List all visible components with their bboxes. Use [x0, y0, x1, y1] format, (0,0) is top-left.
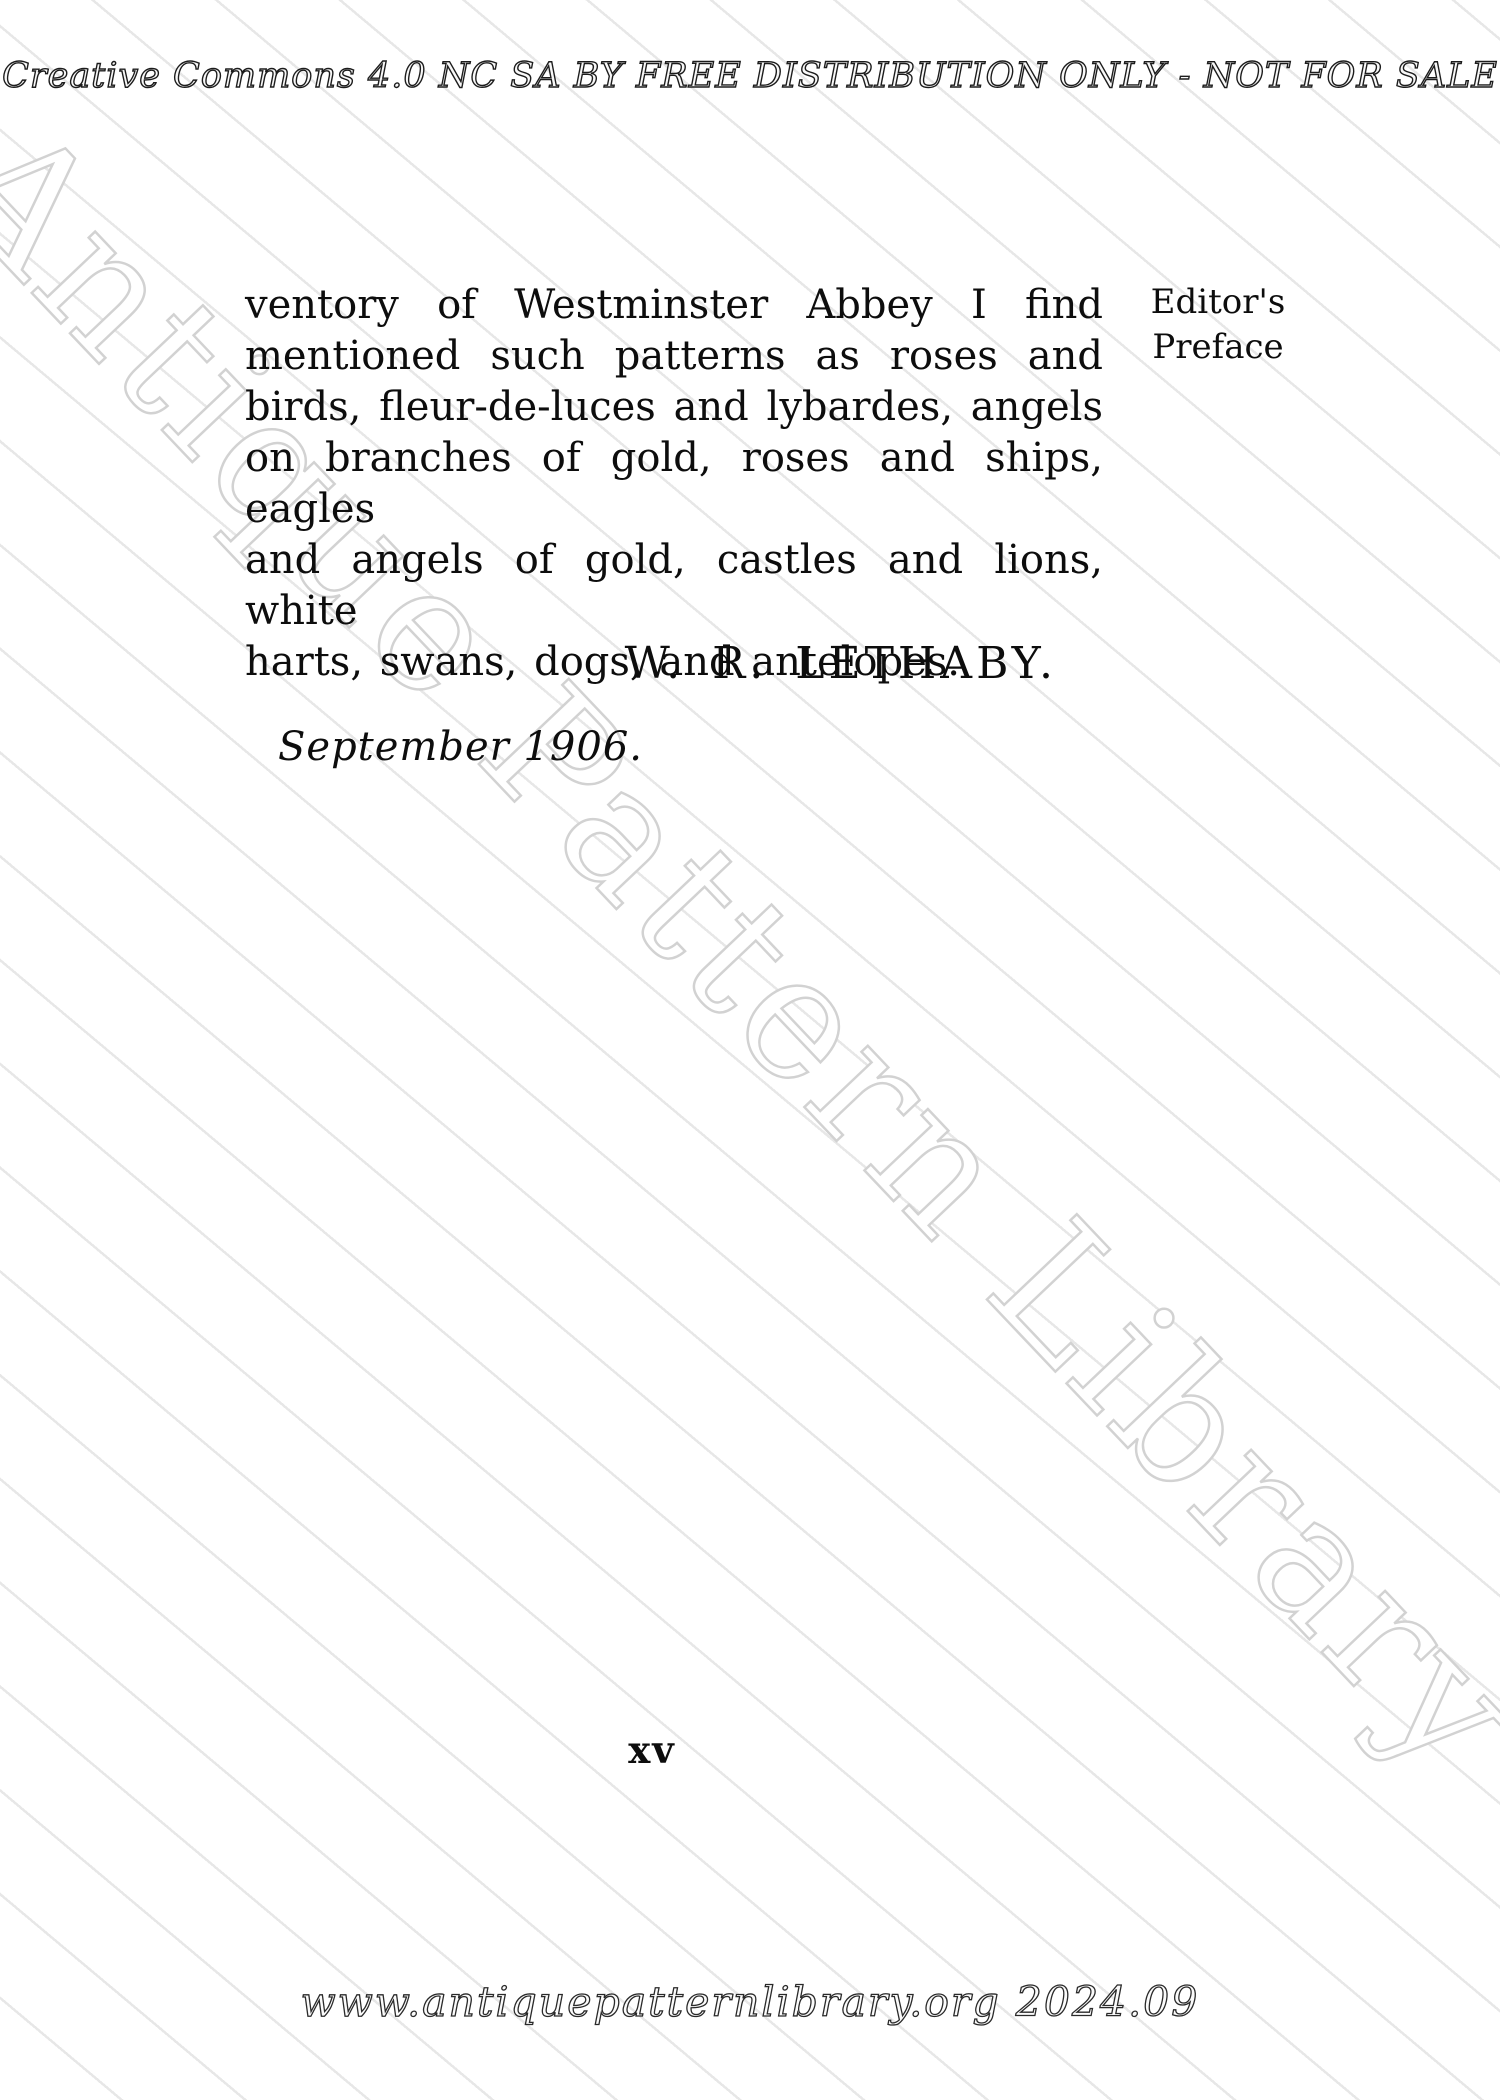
body-paragraph: ventory of Westminster Abbey I find ment…	[245, 280, 1103, 688]
margin-note-line: Preface	[1128, 325, 1308, 370]
license-header: Creative Commons 4.0 NC SA BY FREE DISTR…	[0, 56, 1500, 96]
margin-note: Editor's Preface	[1128, 280, 1308, 370]
date-line: September 1906.	[278, 724, 643, 770]
scanned-book-page: Antique Pattern Library Creative Commons…	[0, 0, 1500, 2100]
paragraph-line: birds, fleur-de-luces and lybardes, ange…	[245, 382, 1103, 433]
page-number: xv	[597, 1728, 707, 1772]
paragraph-line: mentioned such patterns as roses and	[245, 331, 1103, 382]
footer-url: www.antiquepatternlibrary.org 2024.09	[0, 1978, 1500, 2026]
paragraph-line: ventory of Westminster Abbey I find	[245, 280, 1103, 331]
margin-note-line: Editor's	[1128, 280, 1308, 325]
paragraph-line: on branches of gold, roses and ships, ea…	[245, 433, 1103, 535]
author-signature: W. R. LETHABY.	[245, 638, 1057, 689]
paragraph-line: and angels of gold, castles and lions, w…	[245, 535, 1103, 637]
